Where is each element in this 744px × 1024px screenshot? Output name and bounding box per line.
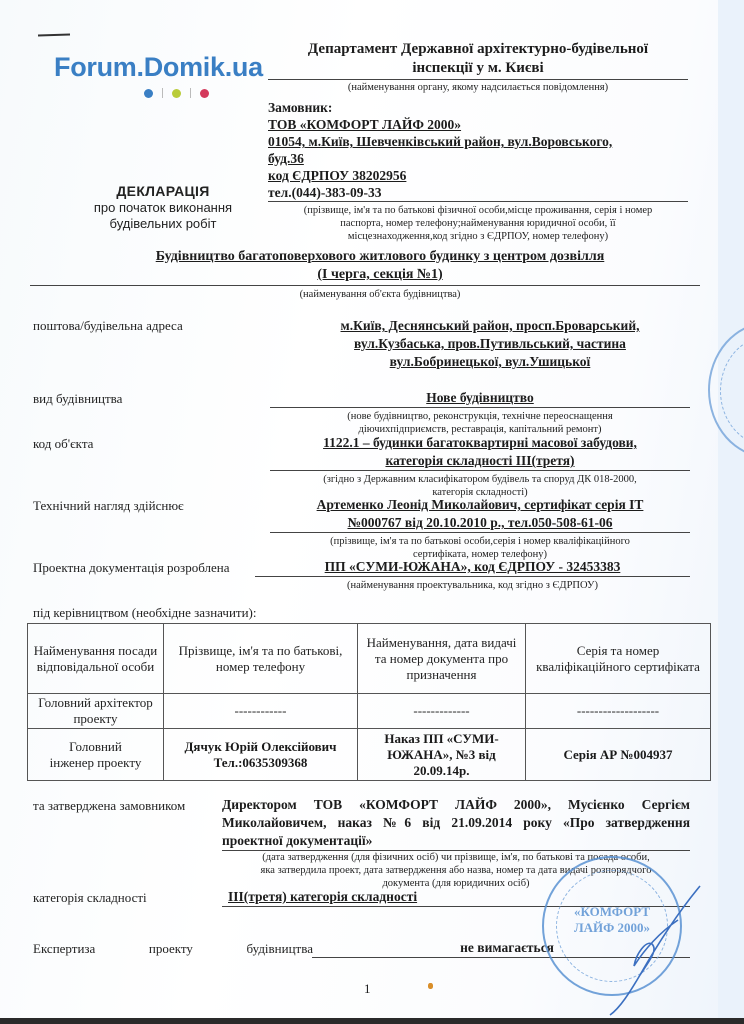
declaration-subtitle-line1: про початок виконання <box>58 200 268 216</box>
logo-text: Forum.Domik.ua <box>54 52 263 82</box>
watermark-logo: Forum.Domik.ua <box>54 52 263 98</box>
underline <box>270 532 690 533</box>
underline <box>270 470 690 471</box>
supervision-caption-line1: (прізвище, ім'я та по батькові особи,сер… <box>270 535 690 548</box>
customer-address-line2: буд.36 <box>268 150 688 167</box>
customer-caption-line3: місцезнаходження,код згідно з ЄДРПОУ, но… <box>268 230 688 243</box>
object-code-label: код об'єкта <box>33 436 93 452</box>
declaration-title: ДЕКЛАРАЦІЯ <box>58 183 268 200</box>
customer-address-line1: 01054, м.Київ, Шевченківський район, вул… <box>268 133 688 150</box>
object-code-line2: категорія складності ІІІ(третя) <box>270 452 690 470</box>
address-line3: вул.Бобринецької, вул.Ушицької <box>290 353 690 371</box>
underline <box>270 407 690 408</box>
object-name-line2: (І черга, секція №1) <box>60 266 700 284</box>
designer: ПП «СУМИ-ЮЖАНА», код ЄДРПОУ - 32453383 <box>255 558 690 576</box>
object-code-line1: 1122.1 – будинки багатоквартирні масової… <box>270 434 690 452</box>
object-underline <box>30 285 700 286</box>
header-document: Найменування, дата видачі та номер докум… <box>358 624 526 694</box>
declaration-title-block: ДЕКЛАРАЦІЯ про початок виконання будівел… <box>58 183 268 232</box>
construction-type-caption-line1: (нове будівництво, реконструкція, техніч… <box>270 410 690 423</box>
underline <box>255 576 690 577</box>
guidance-label: під керівництвом (необхідне зазначити): <box>33 605 256 621</box>
construction-type: Нове будівництво <box>270 389 690 407</box>
cell-position: Головний інженер проекту <box>28 729 164 781</box>
design-label: Проектна документація розроблена <box>33 560 229 576</box>
object-name-line1: Будівництво багатоповерхового житлового … <box>60 248 700 266</box>
authority-line2: інспекції у м. Києві <box>268 59 688 80</box>
header-certificate: Серія та номер кваліфікаційного сертифік… <box>526 624 711 694</box>
supervision-line2: №000767 від 20.10.2010 р., тел.050-508-6… <box>270 514 690 532</box>
header-position: Найменування посади відповідальної особи <box>28 624 164 694</box>
approval-line3: проектної документації» <box>222 832 690 850</box>
object-name-block: Будівництво багатоповерхового житлового … <box>60 248 700 301</box>
divider <box>162 88 163 98</box>
inspection-stamp-icon <box>708 322 744 458</box>
responsible-persons-table: Найменування посади відповідальної особи… <box>27 623 711 781</box>
object-caption: (найменування об'єкта будівництва) <box>60 288 700 301</box>
supervision-label: Технічний нагляд здійснює <box>33 498 184 514</box>
ink-spot <box>428 983 433 989</box>
cell-name: ------------ <box>164 694 358 729</box>
scan-edge <box>0 1018 744 1024</box>
declaration-subtitle-line2: будівельних робіт <box>58 216 268 232</box>
divider <box>190 88 191 98</box>
authority-line1: Департамент Державної архітектурно-будів… <box>268 40 688 59</box>
expertise-word3: будівництва <box>247 941 313 957</box>
cell-name: Дячук Юрій Олексійович Тел.:0635309368 <box>164 729 358 781</box>
expertise-label: Експертиза проекту будівництва <box>33 941 313 957</box>
logo-dots <box>144 88 263 98</box>
customer-label: Замовник: <box>268 99 688 116</box>
design-caption: (найменування проектувальника, код згідн… <box>255 579 690 592</box>
pen-mark <box>38 33 70 36</box>
supervision-value: Артеменко Леонід Миколайович, сертифікат… <box>270 496 690 561</box>
supervision-line1: Артеменко Леонід Миколайович, сертифікат… <box>270 496 690 514</box>
cell-position: Головний архітектор проекту <box>28 694 164 729</box>
red-dot-icon <box>200 89 209 98</box>
table-row: Головний архітектор проекту ------------… <box>28 694 711 729</box>
table-row: Головний інженер проекту Дячук Юрій Олек… <box>28 729 711 781</box>
address-value: м.Київ, Деснянський район, просп.Броварс… <box>290 317 690 371</box>
approval-line2: Миколайовичем, наказ №6 від 21.09.2014 р… <box>222 814 690 832</box>
complexity-label: категорія складності <box>33 890 147 906</box>
address-line1: м.Київ, Деснянський район, просп.Броварс… <box>290 317 690 335</box>
page-number: 1 <box>364 981 371 997</box>
document-page: Forum.Domik.ua Департамент Державної арх… <box>0 0 744 1024</box>
customer-phone: тел.(044)-383-09-33 <box>268 184 688 202</box>
authority-caption: (найменування органу, якому надсилається… <box>268 81 688 94</box>
cell-document: ------------- <box>358 694 526 729</box>
expertise-word1: Експертиза <box>33 941 95 957</box>
header-name: Прізвище, ім'я та по батькові, номер тел… <box>164 624 358 694</box>
green-dot-icon <box>172 89 181 98</box>
expertise-word2: проекту <box>149 941 193 957</box>
customer-code: код ЄДРПОУ 38202956 <box>268 167 688 184</box>
header-block: Департамент Державної архітектурно-будів… <box>268 40 688 243</box>
stamp-ring <box>720 336 744 446</box>
cell-certificate: Серія АР №004937 <box>526 729 711 781</box>
customer-name: ТОВ «КОМФОРТ ЛАЙФ 2000» <box>268 116 688 133</box>
approval-line1: Директором ТОВ «КОМФОРТ ЛАЙФ 2000», Мусі… <box>222 796 690 814</box>
object-code-caption-line1: (згідно з Державним класифікатором будів… <box>270 473 690 486</box>
construction-type-label: вид будівництва <box>33 391 122 407</box>
design-value: ПП «СУМИ-ЮЖАНА», код ЄДРПОУ - 32453383 (… <box>255 558 690 592</box>
approval-label: та затверджена замовником <box>33 798 185 814</box>
cell-certificate: ------------------- <box>526 694 711 729</box>
scan-edge <box>718 0 744 1024</box>
blue-dot-icon <box>144 89 153 98</box>
object-code-value: 1122.1 – будинки багатоквартирні масової… <box>270 434 690 499</box>
address-line2: вул.Кузбаська, пров.Путивльський, частин… <box>290 335 690 353</box>
address-label: поштова/будівельна адреса <box>33 318 183 334</box>
construction-type-value: Нове будівництво (нове будівництво, реко… <box>270 389 690 436</box>
signature-icon <box>600 880 710 1020</box>
customer-caption-line1: (прізвище, ім'я та по батькові фізичної … <box>268 204 688 217</box>
customer-caption-line2: паспорта, номер телефону;найменування юр… <box>268 217 688 230</box>
table-header-row: Найменування посади відповідальної особи… <box>28 624 711 694</box>
cell-document: Наказ ПП «СУМИ-ЮЖАНА», №3 від 20.09.14р. <box>358 729 526 781</box>
